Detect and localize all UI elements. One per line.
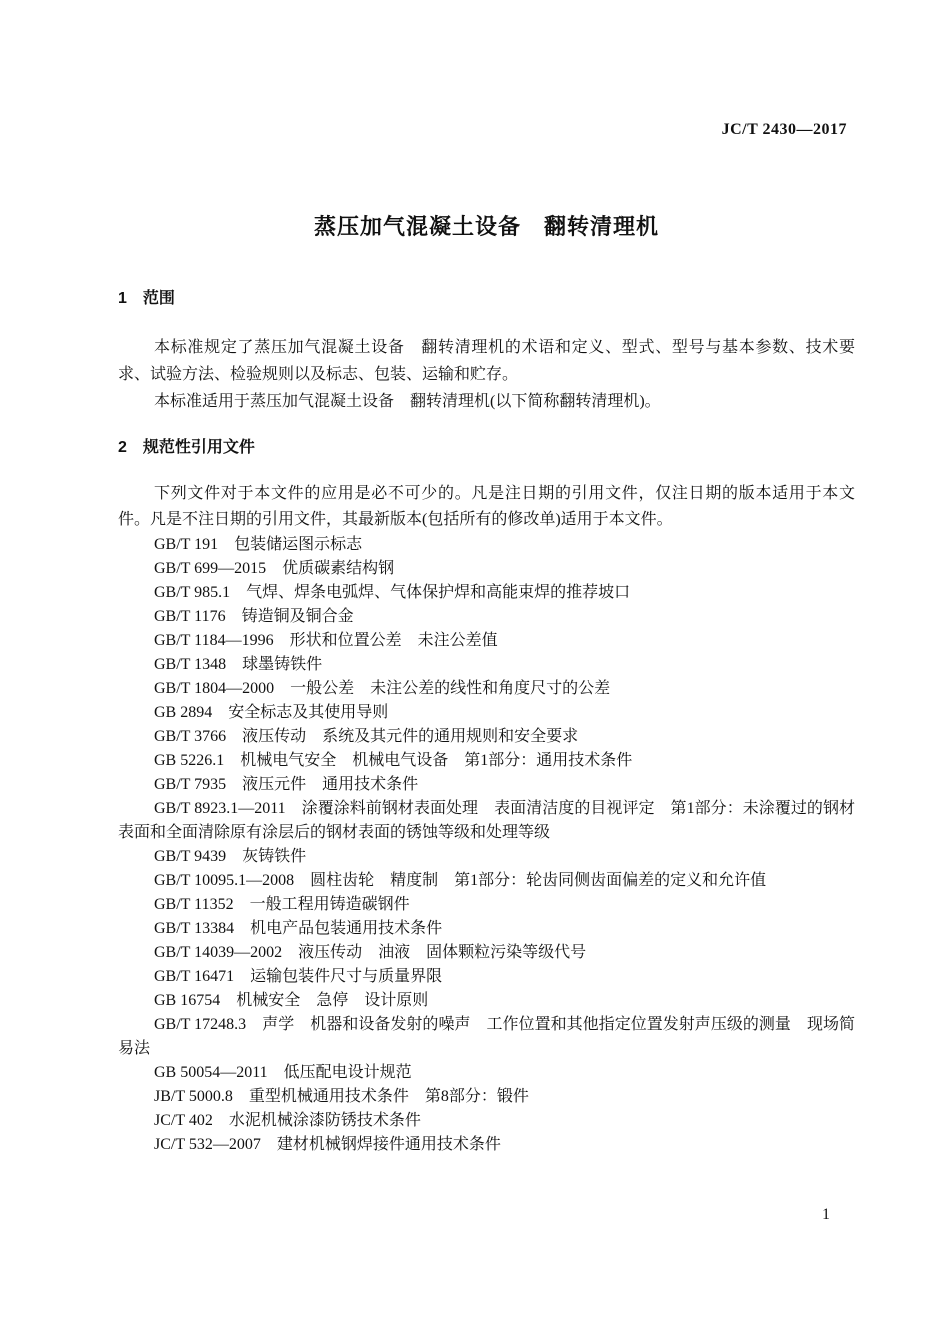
reference-item: GB/T 7935 液压元件 通用技术条件 [118, 773, 855, 797]
section-1-heading: 1 范围 [118, 288, 855, 310]
reference-item: GB/T 1184—1996 形状和位置公差 未注公差值 [118, 629, 855, 653]
reference-item: GB/T 985.1 气焊、焊条电弧焊、气体保护焊和高能束焊的推荐坡口 [118, 581, 855, 605]
reference-item: GB/T 16471 运输包装件尺寸与质量界限 [118, 965, 855, 989]
page-number: 1 [822, 1206, 830, 1224]
reference-item: GB/T 14039—2002 液压传动 油液 固体颗粒污染等级代号 [118, 941, 855, 965]
reference-item: GB/T 10095.1—2008 圆柱齿轮 精度制 第1部分：轮齿同侧齿面偏差… [118, 869, 855, 893]
reference-item: GB/T 191 包装储运图示标志 [118, 533, 855, 557]
scope-paragraph-1: 本标准规定了蒸压加气混凝土设备 翻转清理机的术语和定义、型式、型号与基本参数、技… [118, 334, 855, 388]
scope-paragraph-2: 本标准适用于蒸压加气混凝土设备 翻转清理机(以下简称翻转清理机)。 [118, 388, 855, 415]
reference-item: GB/T 1348 球墨铸铁件 [118, 653, 855, 677]
reference-item: JB/T 5000.8 重型机械通用技术条件 第8部分：锻件 [118, 1085, 855, 1109]
reference-item: GB/T 1176 铸造铜及铜合金 [118, 605, 855, 629]
reference-item: GB/T 8923.1—2011 涂覆涂料前钢材表面处理 表面清洁度的目视评定 … [118, 797, 855, 845]
reference-item: GB 50054—2011 低压配电设计规范 [118, 1061, 855, 1085]
reference-item: GB/T 13384 机电产品包装通用技术条件 [118, 917, 855, 941]
section-2-heading: 2 规范性引用文件 [118, 437, 855, 459]
references-list: GB/T 191 包装储运图示标志 GB/T 699—2015 优质碳素结构钢 … [118, 533, 855, 1157]
reference-item: GB 5226.1 机械电气安全 机械电气设备 第1部分：通用技术条件 [118, 749, 855, 773]
reference-item: GB 2894 安全标志及其使用导则 [118, 701, 855, 725]
references-intro: 下列文件对于本文件的应用是必不可少的。凡是注日期的引用文件，仅注日期的版本适用于… [118, 481, 855, 533]
reference-item: GB/T 9439 灰铸铁件 [118, 845, 855, 869]
reference-item: GB/T 1804—2000 一般公差 未注公差的线性和角度尺寸的公差 [118, 677, 855, 701]
section-1-paragraphs: 本标准规定了蒸压加气混凝土设备 翻转清理机的术语和定义、型式、型号与基本参数、技… [118, 334, 855, 415]
document-body: 1 范围 本标准规定了蒸压加气混凝土设备 翻转清理机的术语和定义、型式、型号与基… [118, 0, 855, 1157]
reference-item: GB/T 3766 液压传动 系统及其元件的通用规则和安全要求 [118, 725, 855, 749]
reference-item: GB 16754 机械安全 急停 设计原则 [118, 989, 855, 1013]
reference-item: GB/T 699—2015 优质碳素结构钢 [118, 557, 855, 581]
reference-item: JC/T 402 水泥机械涂漆防锈技术条件 [118, 1109, 855, 1133]
reference-item: GB/T 11352 一般工程用铸造碳钢件 [118, 893, 855, 917]
reference-item: JC/T 532—2007 建材机械钢焊接件通用技术条件 [118, 1133, 855, 1157]
document-page: JC/T 2430—2017 蒸压加气混凝土设备 翻转清理机 1 范围 本标准规… [0, 0, 950, 1335]
reference-item: GB/T 17248.3 声学 机器和设备发射的噪声 工作位置和其他指定位置发射… [118, 1013, 855, 1061]
